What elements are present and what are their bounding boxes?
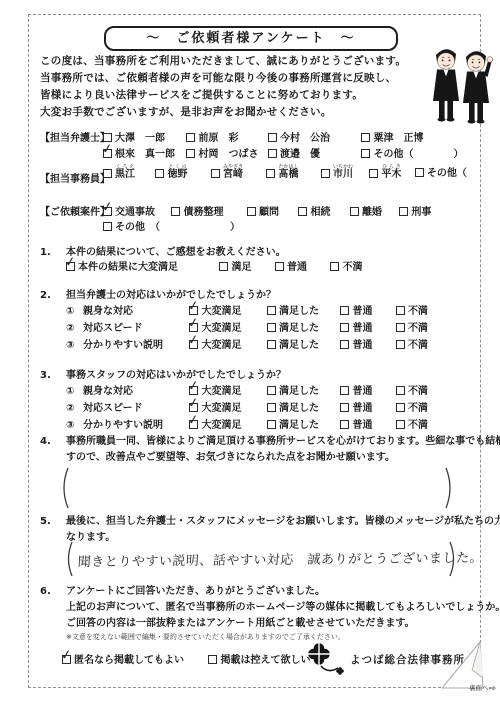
q3-heading: 3.事務スタッフの対応はいかがでしたでしょうか？ — [40, 366, 286, 381]
rating-option[interactable]: 大変満足 — [189, 399, 263, 414]
clerk-option[interactable]: 髙橋たかはし — [266, 164, 317, 180]
publish-option[interactable]: 匿名なら掲載してもよい — [62, 651, 205, 666]
checkbox-icon[interactable] — [396, 340, 405, 349]
rating-option[interactable]: 不満 — [396, 319, 428, 334]
option-label: 根來 真一郎 — [115, 149, 175, 160]
option-label: 満足した — [279, 420, 319, 431]
item-name: 分かりやすい説明 — [83, 416, 186, 431]
checkbox-icon[interactable] — [268, 133, 277, 142]
attorney-option[interactable]: 今村 公治 — [268, 129, 358, 144]
man-right — [463, 51, 493, 123]
question-text: 本件の結果について、ご感想をお教えください。 — [66, 247, 286, 258]
option-label: 交通事故 — [115, 207, 155, 218]
option-label: 村岡 つばさ — [198, 149, 258, 160]
option-label: 匿名なら掲載してもよい — [74, 655, 184, 666]
question-text: 事務スタッフの対応はいかがでしたでしょうか？ — [66, 370, 286, 381]
option-label: 満足した — [279, 323, 319, 334]
clerk-row: 黒江くろえ 徳野とくの 宮﨑みやざき 髙橋たかはし 市川いちかわ 平木ひらき そ… — [103, 164, 500, 180]
q1-option[interactable]: 普通 — [275, 258, 327, 273]
rating-option[interactable]: 大変満足 — [189, 382, 263, 397]
checkbox-icon[interactable] — [361, 149, 370, 158]
checkbox-icon[interactable] — [189, 340, 198, 349]
option-label: 相続 — [310, 207, 330, 218]
option-label: 渡邉 優 — [280, 149, 320, 160]
option-label: 満足した — [279, 386, 319, 397]
rating-option[interactable]: 大変満足 — [189, 336, 263, 351]
back-side-label: 裏面へ — [469, 684, 489, 692]
case-row-1: 交通事故 債務整理 顧問 相続 離婚 刑事 — [103, 203, 431, 218]
intro-line: 当事務所では、ご依頼者様の声を可能な限り今後の事務所運営に反映し、 — [40, 70, 406, 87]
rating-option[interactable]: 満足した — [267, 416, 337, 431]
checkbox-icon[interactable] — [189, 386, 198, 395]
question-number: 1. — [40, 247, 66, 258]
item-number: ① — [66, 306, 83, 317]
q4-heading: 4.事務所職員一同、皆様によりご満足頂ける事務所サービスを心がけております。些細… — [40, 434, 500, 466]
q4-answer-area[interactable] — [58, 466, 456, 510]
option-label: 不満 — [408, 306, 428, 317]
option-label: 普通 — [352, 340, 372, 351]
close-paren — [444, 466, 456, 510]
question-number: 5. — [40, 514, 66, 530]
clerk-option-other[interactable]: その他（ ） — [415, 164, 500, 179]
item-name: 分かりやすい説明 — [83, 336, 186, 351]
attorney-row-2: 根來 真一郎 村岡 つばさ 渡邉 優 その他（ ） — [103, 145, 463, 160]
option-label: 不満 — [408, 403, 428, 414]
form-title-box: ～ ご依頼者様アンケート ～ — [104, 26, 398, 51]
option-label: 不満 — [408, 340, 428, 351]
survey-page: ～ ご依頼者様アンケート ～ — [0, 0, 500, 707]
q1-option[interactable]: 不満 — [330, 258, 362, 273]
option-label: 不満 — [342, 262, 362, 273]
option-label: 普通 — [352, 323, 372, 334]
checkbox-icon[interactable] — [340, 306, 349, 315]
rating-option[interactable]: 満足した — [267, 382, 337, 397]
question-text: 上記のお声について、匿名で当事務所のホームページ等の媒体に掲載してもよろしいでし… — [66, 602, 500, 613]
checkbox-icon[interactable] — [330, 262, 339, 271]
attorney-option[interactable]: 大澤 一郎 — [103, 129, 183, 144]
checkbox-icon[interactable] — [267, 323, 276, 332]
option-label: 大変満足 — [201, 306, 241, 317]
checkbox-icon[interactable] — [350, 207, 359, 216]
option-label: 普通 — [352, 403, 372, 414]
rating-option[interactable]: 満足した — [267, 336, 337, 351]
q5-handwritten-answer: 聞きとりやすい説明、話やすい対応 誠ありがとうございました。 — [77, 547, 483, 570]
attorney-option[interactable]: 前原 彩 — [186, 129, 264, 144]
option-label: 債務整理 — [183, 207, 223, 218]
option-label: 普通 — [287, 262, 307, 273]
checkbox-icon[interactable] — [396, 403, 405, 412]
checkbox-icon[interactable] — [62, 655, 71, 664]
clerk-option[interactable]: 徳野とくの — [155, 164, 207, 180]
option-label: 満足 — [231, 262, 251, 273]
option-label: 離婚 — [362, 207, 382, 218]
q3-row: ③分かりやすい説明 大変満足 満足した 普通 不満 — [66, 416, 428, 431]
case-option[interactable]: 相続 — [298, 203, 346, 218]
rating-option[interactable]: 普通 — [340, 336, 392, 351]
clerk-option[interactable]: 宮﨑みやざき — [211, 164, 263, 180]
case-option[interactable]: 債務整理 — [171, 203, 243, 218]
item-name: 親身な対応 — [83, 382, 186, 397]
checkbox-icon[interactable] — [189, 403, 198, 412]
option-label: 満足した — [279, 306, 319, 317]
item-number: ③ — [66, 340, 83, 351]
option-label: 大変満足 — [201, 403, 241, 414]
checkbox-icon[interactable] — [340, 340, 349, 349]
q5-answer-area[interactable]: 聞きとりやすい説明、話やすい対応 誠ありがとうございました。 — [62, 540, 460, 578]
item-name: 対応スピード — [83, 319, 186, 334]
case-label: 【ご依頼案件】 — [40, 203, 110, 218]
q2-row: ③分かりやすい説明 大変満足 満足した 普通 不満 — [66, 336, 428, 351]
item-number: ② — [66, 323, 83, 334]
attorney-option[interactable]: 村岡 つばさ — [186, 145, 264, 160]
item-number: ② — [66, 403, 83, 414]
clerk-label: 【担当事務員】 — [40, 170, 110, 185]
option-label: 不満 — [408, 420, 428, 431]
question-number: 2. — [40, 290, 66, 301]
checkbox-icon[interactable] — [267, 403, 276, 412]
rating-option[interactable]: 普通 — [340, 399, 392, 414]
checkbox-icon[interactable] — [415, 168, 424, 177]
option-label: 本件の結果に大変満足 — [78, 262, 178, 273]
rating-option[interactable]: 満足した — [267, 399, 337, 414]
attorney-row-1: 大澤 一郎 前原 彩 今村 公治 粟津 正博 — [103, 129, 423, 144]
checkbox-icon[interactable] — [267, 420, 276, 429]
q3-row: ②対応スピード 大変満足 満足した 普通 不満 — [66, 399, 428, 414]
checkbox-icon[interactable] — [399, 207, 408, 216]
case-option-other[interactable]: その他 （ ） — [103, 218, 240, 233]
checkbox-icon[interactable] — [267, 340, 276, 349]
question-text: 事務所職員一同、皆様によりご満足頂ける事務所サービスを心がけております。些細な事… — [66, 436, 500, 447]
q3-row: ①親身な対応 大変満足 満足した 普通 不満 — [66, 382, 428, 397]
rating-option[interactable]: 普通 — [340, 302, 392, 317]
option-label: 普通 — [352, 306, 372, 317]
option-label: 満足した — [279, 340, 319, 351]
rating-option[interactable]: 不満 — [396, 382, 428, 397]
clover-logo-icon — [303, 641, 347, 679]
option-label: その他（ ） — [427, 168, 500, 179]
option-label: 普通 — [352, 420, 372, 431]
checkbox-icon[interactable] — [361, 133, 370, 142]
question-number: 6. — [40, 584, 66, 600]
q1-option[interactable]: 本件の結果に大変満足 — [66, 258, 216, 273]
q2-heading: 2.担当弁護士の対応はいかがでしたでしょうか？ — [40, 286, 276, 301]
q1-heading: 1.本件の結果について、ご感想をお教えください。 — [40, 243, 286, 258]
checkbox-icon[interactable] — [267, 306, 276, 315]
option-label: 不満 — [408, 323, 428, 334]
question-text: ご回答の内容は一部抜粋またはアンケート用紙ごと載せさせていただきます。 — [66, 618, 415, 629]
option-label: その他（ ） — [373, 149, 463, 160]
clerk-name: 平木ひらき — [381, 169, 401, 180]
case-row-2: その他 （ ） — [103, 218, 240, 233]
case-option[interactable]: 顧問 — [247, 203, 295, 218]
checkbox-icon[interactable] — [396, 386, 405, 395]
intro-line: この度は、当事務所をご利用いただきまして、誠にありがとうございます。 — [40, 53, 406, 70]
checkbox-icon[interactable] — [189, 420, 198, 429]
rating-option[interactable]: 普通 — [340, 319, 392, 334]
checkbox-icon[interactable] — [155, 169, 164, 178]
item-name: 親身な対応 — [83, 302, 186, 317]
checkbox-icon[interactable] — [396, 306, 405, 315]
option-label: 大変満足 — [201, 420, 241, 431]
clerk-name: 宮﨑みやざき — [223, 169, 243, 180]
clerk-name: 市川いちかわ — [333, 169, 353, 180]
item-number: ③ — [66, 420, 83, 431]
rating-option[interactable]: 大変満足 — [189, 302, 263, 317]
back-arrow-icon: ⇨ — [488, 684, 496, 694]
attorney-label: 【担当弁護士】 — [40, 129, 110, 144]
q1-option[interactable]: 満足 — [219, 258, 271, 273]
checkbox-icon[interactable] — [171, 207, 180, 216]
rating-option[interactable]: 不満 — [396, 336, 428, 351]
option-label: 粟津 正博 — [373, 133, 423, 144]
question-text: 最後に、担当した弁護士・スタッフにメッセージをお願いします。皆様のメッセージが私… — [66, 516, 500, 527]
option-label: 大変満足 — [201, 323, 241, 334]
checkbox-icon[interactable] — [66, 262, 75, 271]
checkbox-icon[interactable] — [189, 323, 198, 332]
rating-option[interactable]: 大変満足 — [189, 319, 263, 334]
checkbox-icon[interactable] — [340, 403, 349, 412]
clerk-name: 髙橋たかはし — [278, 169, 298, 180]
attorney-option[interactable]: 根來 真一郎 — [103, 145, 183, 160]
attorney-option[interactable]: 渡邉 優 — [268, 145, 358, 160]
option-label: 掲載は控えて欲しい — [220, 655, 310, 666]
rating-option[interactable]: 不満 — [396, 416, 428, 431]
clerk-option[interactable]: 平木ひらき — [369, 164, 411, 180]
checkbox-icon[interactable] — [211, 169, 220, 178]
checkbox-icon[interactable] — [189, 306, 198, 315]
checkbox-icon[interactable] — [396, 323, 405, 332]
question-text: アンケートにご回答いただき、ありがとうございました。 — [66, 586, 325, 597]
attorney-option[interactable]: 粟津 正博 — [361, 129, 423, 144]
clerk-name: 黒江くろえ — [115, 169, 135, 180]
option-label: 刑事 — [411, 207, 431, 218]
checkbox-icon[interactable] — [208, 655, 217, 664]
checkbox-icon[interactable] — [186, 149, 195, 158]
q2-row: ②対応スピード 大変満足 満足した 普通 不満 — [66, 319, 428, 334]
checkbox-icon[interactable] — [219, 262, 228, 271]
case-option[interactable]: 交通事故 — [103, 203, 168, 218]
question-number: 3. — [40, 370, 66, 381]
rating-option[interactable]: 大変満足 — [189, 416, 263, 431]
case-option[interactable]: 離婚 — [350, 203, 396, 218]
option-label: 顧問 — [259, 207, 279, 218]
checkbox-icon[interactable] — [340, 386, 349, 395]
checkbox-icon[interactable] — [268, 149, 277, 158]
checkbox-icon[interactable] — [340, 420, 349, 429]
checkbox-icon[interactable] — [267, 386, 276, 395]
publish-options: 匿名なら掲載してもよい 掲載は控えて欲しい — [62, 651, 310, 666]
case-option[interactable]: 刑事 — [399, 203, 431, 218]
option-label: 大変満足 — [201, 386, 241, 397]
option-label: 今村 公治 — [280, 133, 330, 144]
open-paren — [58, 466, 70, 510]
checkbox-icon[interactable] — [103, 207, 112, 216]
rating-option[interactable]: 不満 — [396, 302, 428, 317]
item-name: 対応スピード — [83, 399, 186, 414]
lawyers-illustration — [430, 42, 494, 128]
checkbox-icon[interactable] — [266, 169, 275, 178]
publish-option[interactable]: 掲載は控えて欲しい — [208, 651, 310, 666]
checkbox-icon[interactable] — [103, 149, 112, 158]
option-label: その他 （ ） — [115, 222, 240, 233]
rating-option[interactable]: 普通 — [340, 382, 392, 397]
checkbox-icon[interactable] — [298, 207, 307, 216]
checkbox-icon[interactable] — [103, 169, 112, 178]
checkbox-icon[interactable] — [340, 323, 349, 332]
attorney-option-other[interactable]: その他（ ） — [361, 145, 463, 160]
form-title: ～ ご依頼者様アンケート ～ — [146, 31, 355, 46]
option-label: 普通 — [352, 386, 372, 397]
man-left — [433, 49, 459, 121]
question-text: 担当弁護士の対応はいかがでしたでしょうか？ — [66, 290, 276, 301]
rating-option[interactable]: 普通 — [340, 416, 392, 431]
rating-option[interactable]: 満足した — [267, 319, 337, 334]
clerk-option[interactable]: 黒江くろえ — [103, 164, 152, 180]
intro-line: 大変お手数でございますが、是非お声をお聞かせください。 — [40, 104, 406, 121]
question-number: 4. — [40, 434, 66, 450]
checkbox-icon[interactable] — [247, 207, 256, 216]
rating-option[interactable]: 満足した — [267, 302, 337, 317]
clerk-name: 徳野とくの — [167, 169, 187, 180]
checkbox-icon[interactable] — [396, 420, 405, 429]
rating-option[interactable]: 不満 — [396, 399, 428, 414]
open-paren — [62, 540, 74, 578]
option-label: 満足した — [279, 403, 319, 414]
option-label: 不満 — [408, 386, 428, 397]
q2-row: ①親身な対応 大変満足 満足した 普通 不満 — [66, 302, 428, 317]
checkbox-icon[interactable] — [275, 262, 284, 271]
question-text: すので、改善点やご要望等、お気づきになられた点をお聞かせ願います。 — [66, 452, 395, 463]
option-label: 前原 彩 — [198, 133, 238, 144]
checkbox-icon[interactable] — [321, 169, 330, 178]
intro-text: この度は、当事務所をご利用いただきまして、誠にありがとうございます。 当事務所で… — [40, 53, 406, 121]
option-label: 大澤 一郎 — [115, 133, 165, 144]
q6-heading: 6.アンケートにご回答いただき、ありがとうございました。 上記のお声について、匿… — [40, 584, 500, 632]
checkbox-icon[interactable] — [186, 133, 195, 142]
page-fold: 裏面へ⇨ — [436, 638, 498, 700]
intro-line: 皆様により良い法律サービスをご提供することに努めております。 — [40, 87, 406, 104]
item-number: ① — [66, 386, 83, 397]
checkbox-icon[interactable] — [369, 169, 378, 178]
q1-options: 本件の結果に大変満足 満足 普通 不満 — [66, 258, 362, 273]
checkbox-icon[interactable] — [103, 222, 112, 231]
clerk-option[interactable]: 市川いちかわ — [321, 164, 366, 180]
option-label: 大変満足 — [201, 340, 241, 351]
